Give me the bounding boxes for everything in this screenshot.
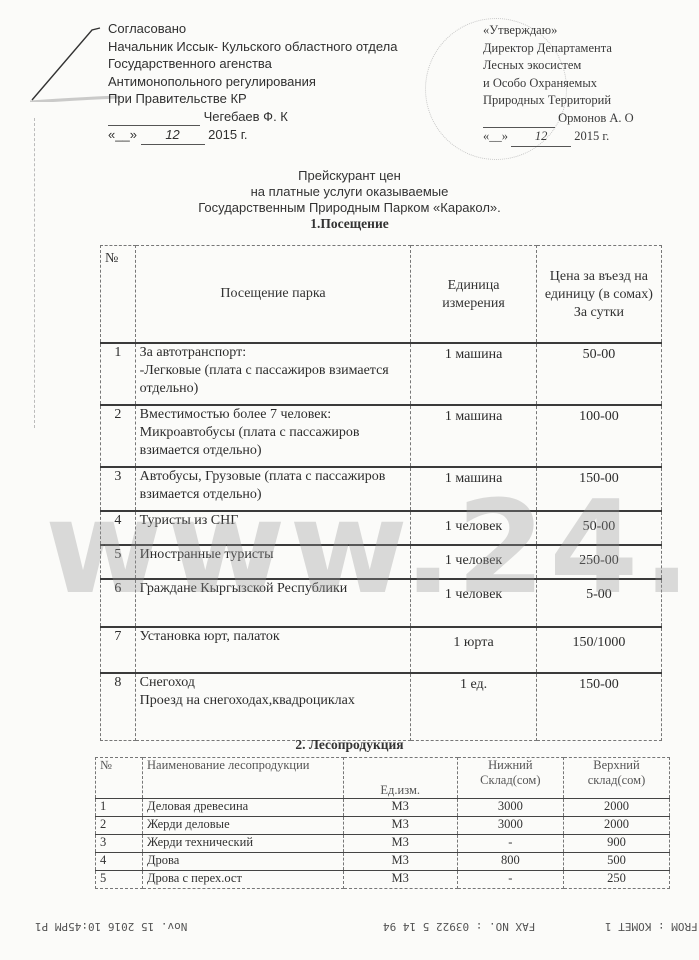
row-unit: 1 юрта	[411, 627, 536, 673]
title-line-2: на платные услуги оказываемые	[0, 184, 699, 200]
fax-datetime: Nov. 15 2016 10:45PM P1	[35, 920, 187, 933]
table-row: 3Автобусы, Грузовые (плата с пассажиров …	[101, 467, 662, 511]
header-name: Посещение парка	[135, 246, 411, 344]
row-unit: 1 машина	[411, 343, 536, 405]
date-day: «__»	[483, 129, 508, 143]
section-1-title: 1.Посещение	[0, 216, 699, 232]
header-unit: Ед.изм.	[343, 758, 457, 799]
row-num: 5	[96, 871, 143, 889]
table-row: 5Иностранные туристы1 человек250-00	[101, 545, 662, 579]
row-price: 5-00	[536, 579, 661, 627]
row-price: 50-00	[536, 511, 661, 545]
row-lower-price: 3000	[457, 817, 563, 835]
table-row: 1За автотранспорт: -Легковые (плата с па…	[101, 343, 662, 405]
row-product-name: Дрова	[143, 853, 344, 871]
approval-right-signature-line: Ормонов А. О	[483, 110, 634, 129]
approval-left-line: Антимонопольного регулирования	[108, 73, 398, 91]
row-product-name: Деловая древесина	[143, 799, 344, 817]
row-price: 250-00	[536, 545, 661, 579]
row-num: 8	[101, 673, 136, 741]
approval-right-line: Директор Департамента	[483, 40, 634, 58]
table-row: 1Деловая древесинаМ330002000	[96, 799, 670, 817]
date-month: 12	[511, 128, 571, 147]
row-unit: 1 человек	[411, 579, 536, 627]
signature	[483, 110, 555, 129]
row-num: 2	[96, 817, 143, 835]
row-service-name: Вместимостью более 7 человек: Микроавтоб…	[135, 405, 411, 467]
row-product-name: Жерди деловые	[143, 817, 344, 835]
approval-block-right: «Утверждаю» Директор Департамента Лесных…	[483, 22, 634, 147]
table-row: 4Туристы из СНГ1 человек50-00	[101, 511, 662, 545]
row-num: 7	[101, 627, 136, 673]
approval-right-line: и Особо Охраняемых	[483, 75, 634, 93]
title-line-3: Государственным Природным Парком «Карако…	[0, 200, 699, 216]
date-month: 12	[141, 126, 205, 145]
table-row: 3Жерди техническийМ3-900	[96, 835, 670, 853]
date-year: 2015 г.	[208, 127, 247, 142]
row-num: 4	[101, 511, 136, 545]
table-row: 4ДроваМ3800500	[96, 853, 670, 871]
row-service-name: Граждане Кыргызской Республики	[135, 579, 411, 627]
table-header-row: № Наименование лесопродукции Ед.изм. Ниж…	[96, 758, 670, 799]
date-year: 2015 г.	[574, 129, 609, 143]
fax-number: FAX NO. : 03922 5 14 94	[383, 920, 535, 933]
row-upper-price: 500	[563, 853, 669, 871]
table-row: 6Граждане Кыргызской Республики1 человек…	[101, 579, 662, 627]
approval-left-line: Государственного агенства	[108, 55, 398, 73]
approval-right-date: «__» 12 2015 г.	[483, 128, 634, 147]
row-num: 1	[96, 799, 143, 817]
row-unit: М3	[343, 835, 457, 853]
row-num: 2	[101, 405, 136, 467]
table-row: 2Вместимостью более 7 человек: Микроавто…	[101, 405, 662, 467]
row-product-name: Жерди технический	[143, 835, 344, 853]
header-num: №	[101, 246, 136, 344]
table-header-row: № Посещение парка Единица измерения Цена…	[101, 246, 662, 344]
approval-right-line: Природных Территорий	[483, 92, 634, 110]
row-service-name: Туристы из СНГ	[135, 511, 411, 545]
margin-line	[34, 118, 35, 428]
row-unit: М3	[343, 853, 457, 871]
table-row: 5Дрова с перех.остМ3-250	[96, 871, 670, 889]
row-lower-price: 3000	[457, 799, 563, 817]
row-price: 150-00	[536, 467, 661, 511]
row-product-name: Дрова с перех.ост	[143, 871, 344, 889]
row-service-name: Иностранные туристы	[135, 545, 411, 579]
document-title: Прейскурант цен на платные услуги оказыв…	[0, 168, 699, 232]
section-2-title: 2. Лесопродукция	[0, 737, 699, 753]
row-unit: 1 машина	[411, 467, 536, 511]
row-service-name: Установка юрт, палаток	[135, 627, 411, 673]
visit-price-table: № Посещение парка Единица измерения Цена…	[100, 245, 662, 741]
header-unit: Единица измерения	[411, 246, 536, 344]
row-price: 150-00	[536, 673, 661, 741]
row-lower-price: -	[457, 871, 563, 889]
row-unit: М3	[343, 871, 457, 889]
approval-left-line: При Правительстве КР	[108, 90, 398, 108]
header-name: Наименование лесопродукции	[143, 758, 344, 799]
pen-stroke-mark	[30, 22, 120, 102]
table-row: 8Снегоход Проезд на снегоходах,квадроцик…	[101, 673, 662, 741]
row-unit: 1 ед.	[411, 673, 536, 741]
row-num: 3	[101, 467, 136, 511]
row-service-name: Автобусы, Грузовые (плата с пассажиров в…	[135, 467, 411, 511]
forest-products-table: № Наименование лесопродукции Ед.изм. Ниж…	[95, 757, 670, 889]
row-upper-price: 900	[563, 835, 669, 853]
approval-left-signature-line: Чегебаев Ф. К	[108, 108, 398, 127]
row-unit: М3	[343, 817, 457, 835]
fax-from: FROM : KOMET 1	[605, 920, 698, 933]
row-lower-price: 800	[457, 853, 563, 871]
table-row: 7Установка юрт, палаток1 юрта150/1000	[101, 627, 662, 673]
header-price: Цена за въезд на единицу (в сомах) За су…	[536, 246, 661, 344]
approval-right-line: Лесных экосистем	[483, 57, 634, 75]
row-upper-price: 2000	[563, 817, 669, 835]
approval-left-date: «__» 12 2015 г.	[108, 126, 398, 145]
header-num: №	[96, 758, 143, 799]
row-num: 6	[101, 579, 136, 627]
row-price: 150/1000	[536, 627, 661, 673]
row-upper-price: 250	[563, 871, 669, 889]
row-unit: М3	[343, 799, 457, 817]
row-num: 5	[101, 545, 136, 579]
table-row: 2Жерди деловыеМ330002000	[96, 817, 670, 835]
approval-block-left: Согласовано Начальник Иссык- Кульского о…	[108, 20, 398, 145]
row-upper-price: 2000	[563, 799, 669, 817]
row-num: 4	[96, 853, 143, 871]
signature	[108, 108, 200, 127]
row-unit: 1 человек	[411, 511, 536, 545]
approval-right-line: «Утверждаю»	[483, 22, 634, 40]
row-lower-price: -	[457, 835, 563, 853]
date-day: «__»	[108, 127, 137, 142]
signatory-name: Чегебаев Ф. К	[204, 109, 288, 124]
row-service-name: Снегоход Проезд на снегоходах,квадроцикл…	[135, 673, 411, 741]
row-unit: 1 машина	[411, 405, 536, 467]
row-price: 50-00	[536, 343, 661, 405]
approval-left-line: Начальник Иссык- Кульского областного от…	[108, 38, 398, 56]
row-unit: 1 человек	[411, 545, 536, 579]
row-num: 3	[96, 835, 143, 853]
approval-left-line: Согласовано	[108, 20, 398, 38]
signatory-name: Ормонов А. О	[558, 111, 634, 125]
row-num: 1	[101, 343, 136, 405]
header-lower-warehouse: Нижний Склад(сом)	[457, 758, 563, 799]
title-line-1: Прейскурант цен	[0, 168, 699, 184]
row-price: 100-00	[536, 405, 661, 467]
header-upper-warehouse: Верхний склад(сом)	[563, 758, 669, 799]
row-service-name: За автотранспорт: -Легковые (плата с пас…	[135, 343, 411, 405]
